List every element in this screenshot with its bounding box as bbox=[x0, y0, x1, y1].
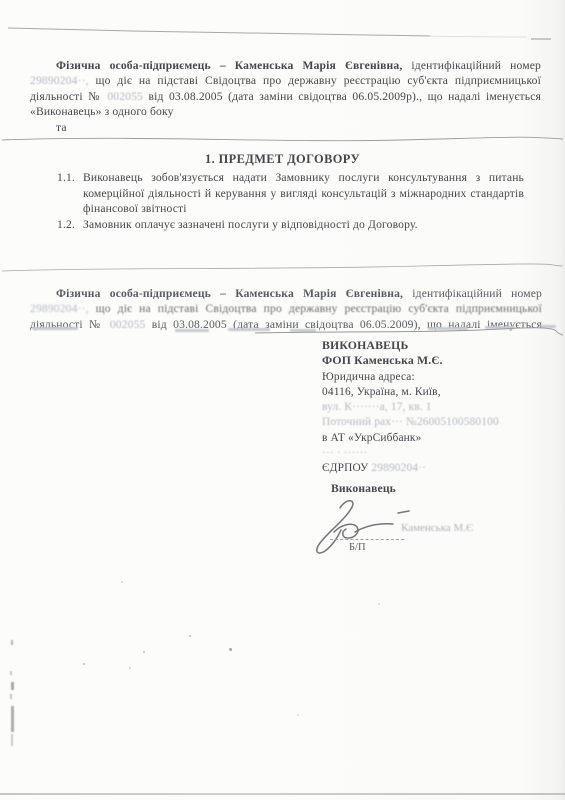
page-bottom-edge bbox=[0, 793, 565, 795]
paragraph-text: від 03.08.2005 (дата заміни свідоцтва 06… bbox=[148, 90, 541, 103]
paragraph-line: та bbox=[30, 120, 541, 135]
address-city: 04116, Україна, м. Київ, bbox=[322, 385, 547, 400]
address-label: Юридична адреса: bbox=[322, 370, 547, 385]
faded-text-remnant bbox=[485, 326, 515, 329]
signature-note: Б/П bbox=[349, 542, 366, 553]
scan-speck bbox=[378, 603, 380, 605]
party-name-bold: Фізична особа-підприємець – Каменська Ма… bbox=[56, 287, 403, 300]
redacted-id-number: 29890204··, bbox=[30, 302, 89, 315]
paragraph-text: що діє на підставі Свідоцтва про державн… bbox=[96, 74, 541, 87]
faded-text-remnant bbox=[540, 325, 556, 328]
paragraph-line: діяльності № 002055 від 03.08.2005 (дата… bbox=[30, 89, 541, 104]
scan-speck bbox=[121, 581, 123, 583]
scan-speck bbox=[297, 714, 299, 716]
bank-account-redacted: Поточний рах··· №26005100580100 bbox=[322, 415, 547, 430]
bank-name: в АТ «УкрСиббанк» bbox=[322, 431, 547, 446]
signature-name-faint: Каменська М.Є bbox=[401, 522, 473, 534]
contract-items: 1.1. Виконавець зобов'язується надати За… bbox=[57, 170, 524, 232]
address-street-redacted: вул. К·······а, 17, кв. 1 bbox=[322, 400, 547, 415]
signature-label: Виконавець bbox=[331, 482, 396, 495]
party-paragraph-1: Фізична особа-підприємець – Каменська Ма… bbox=[30, 58, 541, 135]
scanned-document-page: Фізична особа-підприємець – Каменська Ма… bbox=[0, 0, 565, 800]
paragraph-line: Фізична особа-підприємець – Каменська Ма… bbox=[30, 286, 542, 301]
scan-speck bbox=[229, 648, 232, 651]
executor-requisites: ВИКОНАВЕЦЬ ФОП Каменська М.Є. Юридична а… bbox=[322, 338, 547, 476]
contract-item-1-1: 1.1. Виконавець зобов'язується надати За… bbox=[57, 170, 524, 217]
section-heading: 1. ПРЕДМЕТ ДОГОВОРУ bbox=[30, 152, 535, 167]
mfo-redacted: ··· · ······ bbox=[322, 446, 547, 461]
edrpou-label: ЄДРПОУ bbox=[322, 462, 368, 474]
paragraph-text: що діє на підставі Свідоцтва про державн… bbox=[96, 302, 542, 315]
contract-item-1-2: 1.2. Замовник оплачує зазначені послуги … bbox=[57, 217, 524, 233]
paragraph-text: ідентифікаційний номер bbox=[411, 59, 541, 72]
redacted-certificate-number: 002055 bbox=[110, 318, 146, 331]
paragraph-text: від 03.08.2005 (дата заміни свідоцтва 06… bbox=[152, 318, 542, 331]
item-body: Виконавець зобов'язується надати Замовни… bbox=[83, 170, 524, 217]
scan-speck bbox=[83, 663, 85, 665]
item-line: комерційної діяльності й керування у виг… bbox=[83, 186, 524, 202]
edge-smudge bbox=[11, 706, 14, 732]
edrpou-line: ЄДРПОУ 29890204·· bbox=[322, 461, 547, 476]
item-line: фінансової звітності bbox=[83, 201, 524, 217]
paragraph-line: Фізична особа-підприємець – Каменська Ма… bbox=[30, 58, 541, 73]
item-line: Виконавець зобов'язується надати Замовни… bbox=[83, 170, 524, 186]
edge-smudge bbox=[11, 640, 13, 645]
paragraph-line: «Виконавець» з одного боку bbox=[30, 104, 541, 119]
signature-underline bbox=[330, 539, 404, 540]
redacted-certificate-number: 002055 bbox=[107, 90, 143, 103]
paragraph-text: ідентифікаційний номер bbox=[412, 287, 542, 300]
party-name-bold: Фізична особа-підприємець – Каменська Ма… bbox=[56, 59, 402, 72]
redacted-id-number: 29890204··, bbox=[30, 74, 89, 87]
paragraph-line: 29890204··, що діє на підставі Свідоцтва… bbox=[30, 301, 542, 316]
scan-speck bbox=[129, 667, 131, 669]
party-paragraph-2: Фізична особа-підприємець – Каменська Ма… bbox=[30, 286, 542, 332]
executor-title: ВИКОНАВЕЦЬ bbox=[322, 338, 547, 353]
item-number: 1.2. bbox=[57, 217, 83, 233]
paragraph-line: 29890204··, що діє на підставі Свідоцтва… bbox=[30, 73, 541, 88]
edge-smudge bbox=[11, 682, 14, 690]
edge-smudge bbox=[10, 671, 12, 675]
faded-text-remnant bbox=[428, 327, 468, 330]
edge-smudge bbox=[11, 734, 13, 746]
edrpou-value-redacted: 29890204·· bbox=[371, 462, 426, 474]
item-number: 1.1. bbox=[57, 170, 83, 217]
scan-speck bbox=[189, 635, 191, 637]
scan-edge-line-3 bbox=[0, 262, 565, 276]
scan-speck bbox=[143, 651, 145, 653]
faded-text-remnant bbox=[228, 328, 270, 331]
edge-smudge bbox=[10, 694, 12, 699]
faded-text-remnant bbox=[290, 329, 316, 332]
paragraph-text: діяльності № bbox=[30, 90, 102, 103]
faded-text-remnant bbox=[175, 329, 209, 332]
executor-name: ФОП Каменська М.Є. bbox=[322, 353, 547, 368]
item-line: Замовник оплачує зазначені послуги у від… bbox=[83, 217, 524, 233]
faded-text-remnant bbox=[32, 327, 78, 330]
item-body: Замовник оплачує зазначені послуги у від… bbox=[83, 217, 524, 233]
scan-edge-line-top bbox=[0, 24, 565, 44]
